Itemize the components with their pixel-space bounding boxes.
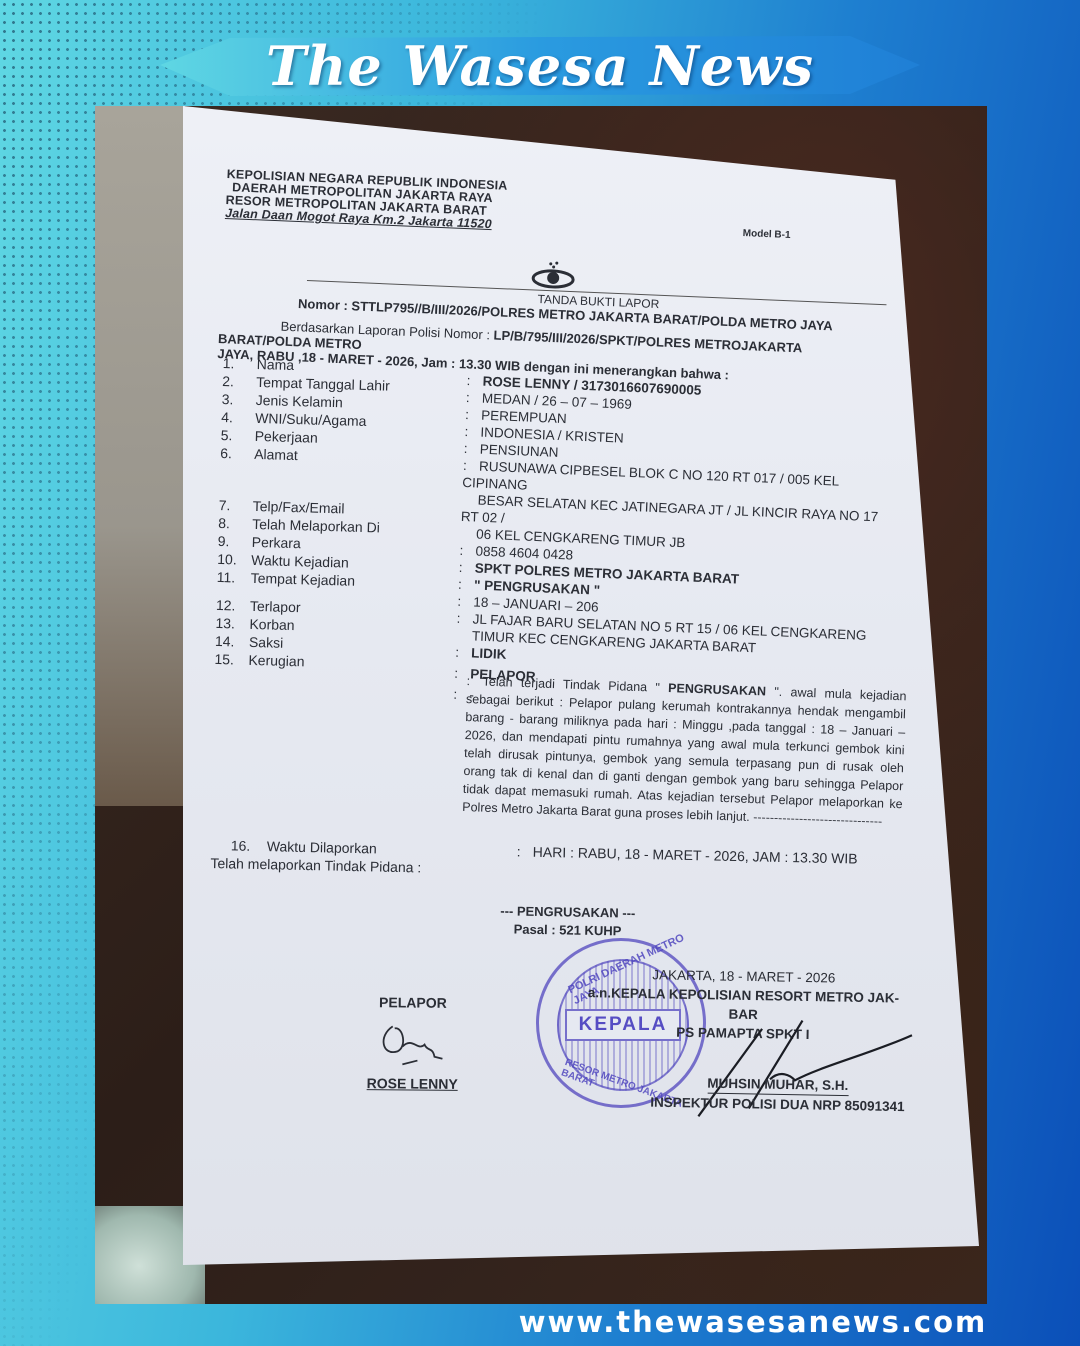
narrative-crime: PENGRUSAKAN bbox=[668, 681, 766, 698]
field-labels: 1.Nama 2.Tempat Tanggal Lahir 3.Jenis Ke… bbox=[214, 354, 487, 675]
officer-name: MUHSIN MUHAR, S.H. bbox=[707, 1074, 848, 1096]
field-number: 15. bbox=[214, 650, 248, 669]
field-16: 16.Waktu Dilaporkan:HARI : RABU, 18 - MA… bbox=[210, 836, 858, 886]
field-number: 6. bbox=[220, 444, 254, 463]
field-number: 7. bbox=[219, 496, 253, 515]
field-number: 1. bbox=[222, 354, 256, 373]
pasal-block: --- PENGRUSAKAN --- Pasal : 521 KUHP bbox=[482, 902, 653, 941]
field-number: 5. bbox=[220, 426, 254, 445]
website-url[interactable]: www.thewasesanews.com bbox=[488, 1305, 1018, 1339]
brand-banner: The Wasesa News bbox=[160, 28, 920, 102]
police-emblem-icon bbox=[530, 258, 577, 290]
field-number: 11. bbox=[217, 568, 251, 587]
field-number: 16. bbox=[211, 836, 267, 855]
field-number: 14. bbox=[215, 632, 249, 651]
value-terlapor: LIDIK bbox=[471, 645, 507, 661]
field-number: 9. bbox=[218, 532, 252, 551]
police-report-paper: KEPOLISIAN NEGARA REPUBLIK INDONESIA DAE… bbox=[183, 106, 979, 1296]
field-number: 4. bbox=[221, 408, 255, 427]
field-number: 3. bbox=[221, 390, 255, 409]
pasal-title: --- PENGRUSAKAN --- bbox=[483, 902, 653, 923]
narrative-prefix: Telah terjadi Tindak Pidana " bbox=[482, 675, 668, 695]
field-number: 2. bbox=[222, 372, 256, 391]
field-number: 8. bbox=[218, 514, 252, 533]
kerugian-narrative: :Telah terjadi Tindak Pidana " PENGRUSAK… bbox=[462, 672, 907, 831]
pelapor-name: ROSE LENNY bbox=[352, 1075, 472, 1092]
officer-signature bbox=[688, 1006, 923, 1136]
pelapor-signature bbox=[372, 1016, 452, 1073]
police-emblem bbox=[530, 258, 577, 290]
field-values: :ROSE LENNY / 3173016607690005 :MEDAN / … bbox=[453, 372, 886, 720]
brand-title: The Wasesa News bbox=[160, 34, 920, 98]
background-concrete bbox=[95, 106, 185, 806]
pelapor-block: PELAPOR ROSE LENNY bbox=[352, 994, 473, 1092]
officer-block: MUHSIN MUHAR, S.H. INSPEKTUR POLISI DUA … bbox=[612, 1072, 943, 1117]
field-number: 12. bbox=[216, 596, 250, 615]
document-photo: KEPOLISIAN NEGARA REPUBLIK INDONESIA DAE… bbox=[95, 106, 987, 1304]
letterhead: KEPOLISIAN NEGARA REPUBLIK INDONESIA DAE… bbox=[225, 168, 508, 232]
model-code: Model B-1 bbox=[743, 228, 791, 241]
field-number: 10. bbox=[217, 550, 251, 569]
pelapor-label: PELAPOR bbox=[353, 994, 473, 1011]
field-number: 13. bbox=[215, 614, 249, 633]
narrative-text: ". awal mula kejadian sebagai berikut : … bbox=[462, 684, 907, 828]
